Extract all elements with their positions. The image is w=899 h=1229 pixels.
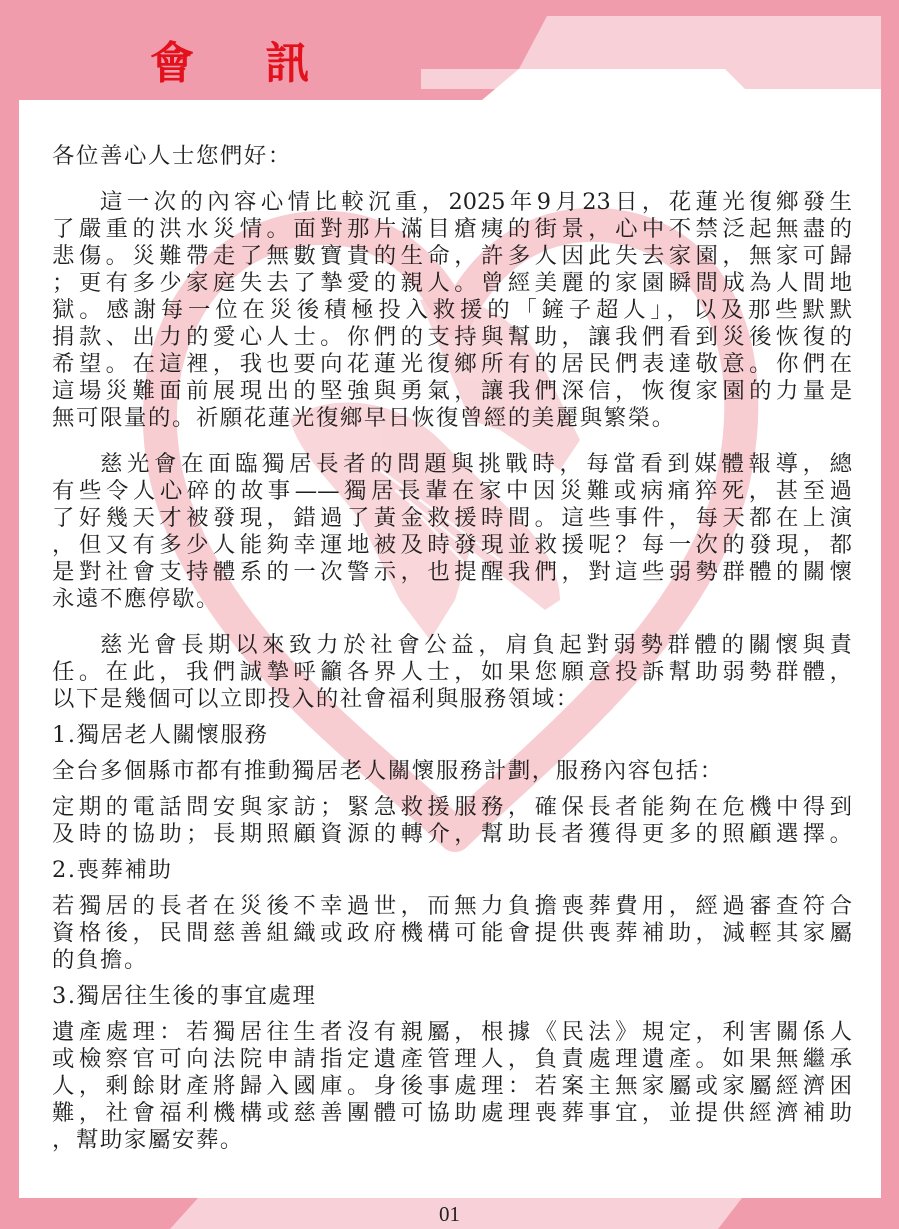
section-funeral-subsidy: 2.喪葬補助 若獨居的長者在災後不幸過世，而無力負擔喪葬費用，經過審查符合 資格… bbox=[52, 857, 852, 974]
paragraph-line: 是對社會支持體系的一次警示，也提醒我們，對這些弱勢群體的關懷 bbox=[52, 559, 852, 586]
letter-body: 各位善心人士您們好： 這一次的內容心情比較沉重，2025年9月23日，花蓮光復鄉… bbox=[52, 143, 852, 1154]
paragraph-flood: 這一次的內容心情比較沉重，2025年9月23日，花蓮光復鄉發生 了嚴重的洪水災情… bbox=[52, 189, 852, 432]
page-title: 會 訊 bbox=[150, 36, 337, 92]
paragraph-line: 這場災難面前展現出的堅強與勇氣，讓我們深信，恢復家園的力量是 bbox=[52, 378, 852, 405]
section-line: 難，社會福利機構或慈善團體可協助處理喪葬事宜，並提供經濟補助 bbox=[52, 1100, 852, 1127]
paragraph-line: 慈光會長期以來致力於社會公益，肩負起對弱勢群體的關懷與責 bbox=[52, 632, 852, 659]
paragraph-line: ；更有多少家庭失去了摯愛的親人。曾經美麗的家園瞬間成為人間地 bbox=[52, 270, 852, 297]
paragraph-line: 捐款、出力的愛心人士。你們的支持與幫助，讓我們看到災後恢復的 bbox=[52, 324, 852, 351]
paragraph-line: 了嚴重的洪水災情。面對那片滿目瘡痍的街景，心中不禁泛起無盡的 bbox=[52, 216, 852, 243]
section-line: 的負擔。 bbox=[52, 947, 852, 974]
paragraph-line: 慈光會在面臨獨居長者的問題與挑戰時，每當看到媒體報導，總 bbox=[52, 451, 852, 478]
paragraph-line: 任。在此，我們誠摯呼籲各界人士，如果您願意投訴幫助弱勢群體， bbox=[52, 659, 852, 686]
section-heading: 1.獨居老人關懷服務 bbox=[52, 722, 852, 749]
section-heading: 3.獨居往生後的事宜處理 bbox=[52, 983, 852, 1010]
section-line: 及時的協助；長期照顧資源的轉介，幫助長者獲得更多的照顧選擇。 bbox=[52, 821, 852, 848]
section-line: 若獨居的長者在災後不幸過世，而無力負擔喪葬費用，經過審查符合 bbox=[52, 893, 852, 920]
paragraph-line: 悲傷。災難帶走了無數寶貴的生命，許多人因此失去家園，無家可歸 bbox=[52, 243, 852, 270]
section-line: 定期的電話問安與家訪；緊急救援服務，確保長者能夠在危機中得到 bbox=[52, 794, 852, 821]
paragraph-line: 希望。在這裡，我也要向花蓮光復鄉所有的居民們表達敬意。你們在 bbox=[52, 351, 852, 378]
section-line: ，幫助家屬安葬。 bbox=[52, 1127, 852, 1154]
paragraph-appeal: 慈光會長期以來致力於社會公益，肩負起對弱勢群體的關懷與責 任。在此，我們誠摯呼籲… bbox=[52, 632, 852, 713]
paragraph-line: 了好幾天才被發現，錯過了黃金救援時間。這些事件，每天都在上演 bbox=[52, 505, 852, 532]
section-line: 遺產處理：若獨居往生者沒有親屬，根據《民法》規定，利害關係人 bbox=[52, 1019, 852, 1046]
paragraph-line: ，但又有多少人能夠幸運地被及時發現並救援呢？每一次的發現，都 bbox=[52, 532, 852, 559]
section-heading: 2.喪葬補助 bbox=[52, 857, 852, 884]
paragraph-line: 永遠不應停歇。 bbox=[52, 586, 852, 613]
paragraph-line: 有些令人心碎的故事——獨居長輩在家中因災難或病痛猝死，甚至過 bbox=[52, 478, 852, 505]
section-line: 人，剩餘財產將歸入國庫。身後事處理：若案主無家屬或家屬經濟困 bbox=[52, 1073, 852, 1100]
section-after-death-matters: 3.獨居往生後的事宜處理 遺產處理：若獨居往生者沒有親屬，根據《民法》規定，利害… bbox=[52, 983, 852, 1154]
page-number: 01 bbox=[0, 1199, 899, 1229]
paragraph-line: 以下是幾個可以立即投入的社會福利與服務領域： bbox=[52, 686, 852, 713]
section-line: 全台多個縣市都有推動獨居老人關懷服務計劃，服務內容包括： bbox=[52, 758, 852, 785]
paragraph-line: 無可限量的。祈願花蓮光復鄉早日恢復曾經的美麗與繁榮。 bbox=[52, 405, 852, 432]
section-line: 資格後，民間慈善組織或政府機構可能會提供喪葬補助，減輕其家屬 bbox=[52, 920, 852, 947]
greeting: 各位善心人士您們好： bbox=[52, 143, 852, 170]
section-elderly-care: 1.獨居老人關懷服務 全台多個縣市都有推動獨居老人關懷服務計劃，服務內容包括： … bbox=[52, 722, 852, 848]
paragraph-line: 獄。感謝每一位在災後積極投入救援的「鏟子超人」，以及那些默默 bbox=[52, 297, 852, 324]
paragraph-line: 這一次的內容心情比較沉重，2025年9月23日，花蓮光復鄉發生 bbox=[52, 189, 852, 216]
paragraph-elderly: 慈光會在面臨獨居長者的問題與挑戰時，每當看到媒體報導，總 有些令人心碎的故事——… bbox=[52, 451, 852, 613]
section-line: 或檢察官可向法院申請指定遺產管理人，負責處理遺產。如果無繼承 bbox=[52, 1046, 852, 1073]
